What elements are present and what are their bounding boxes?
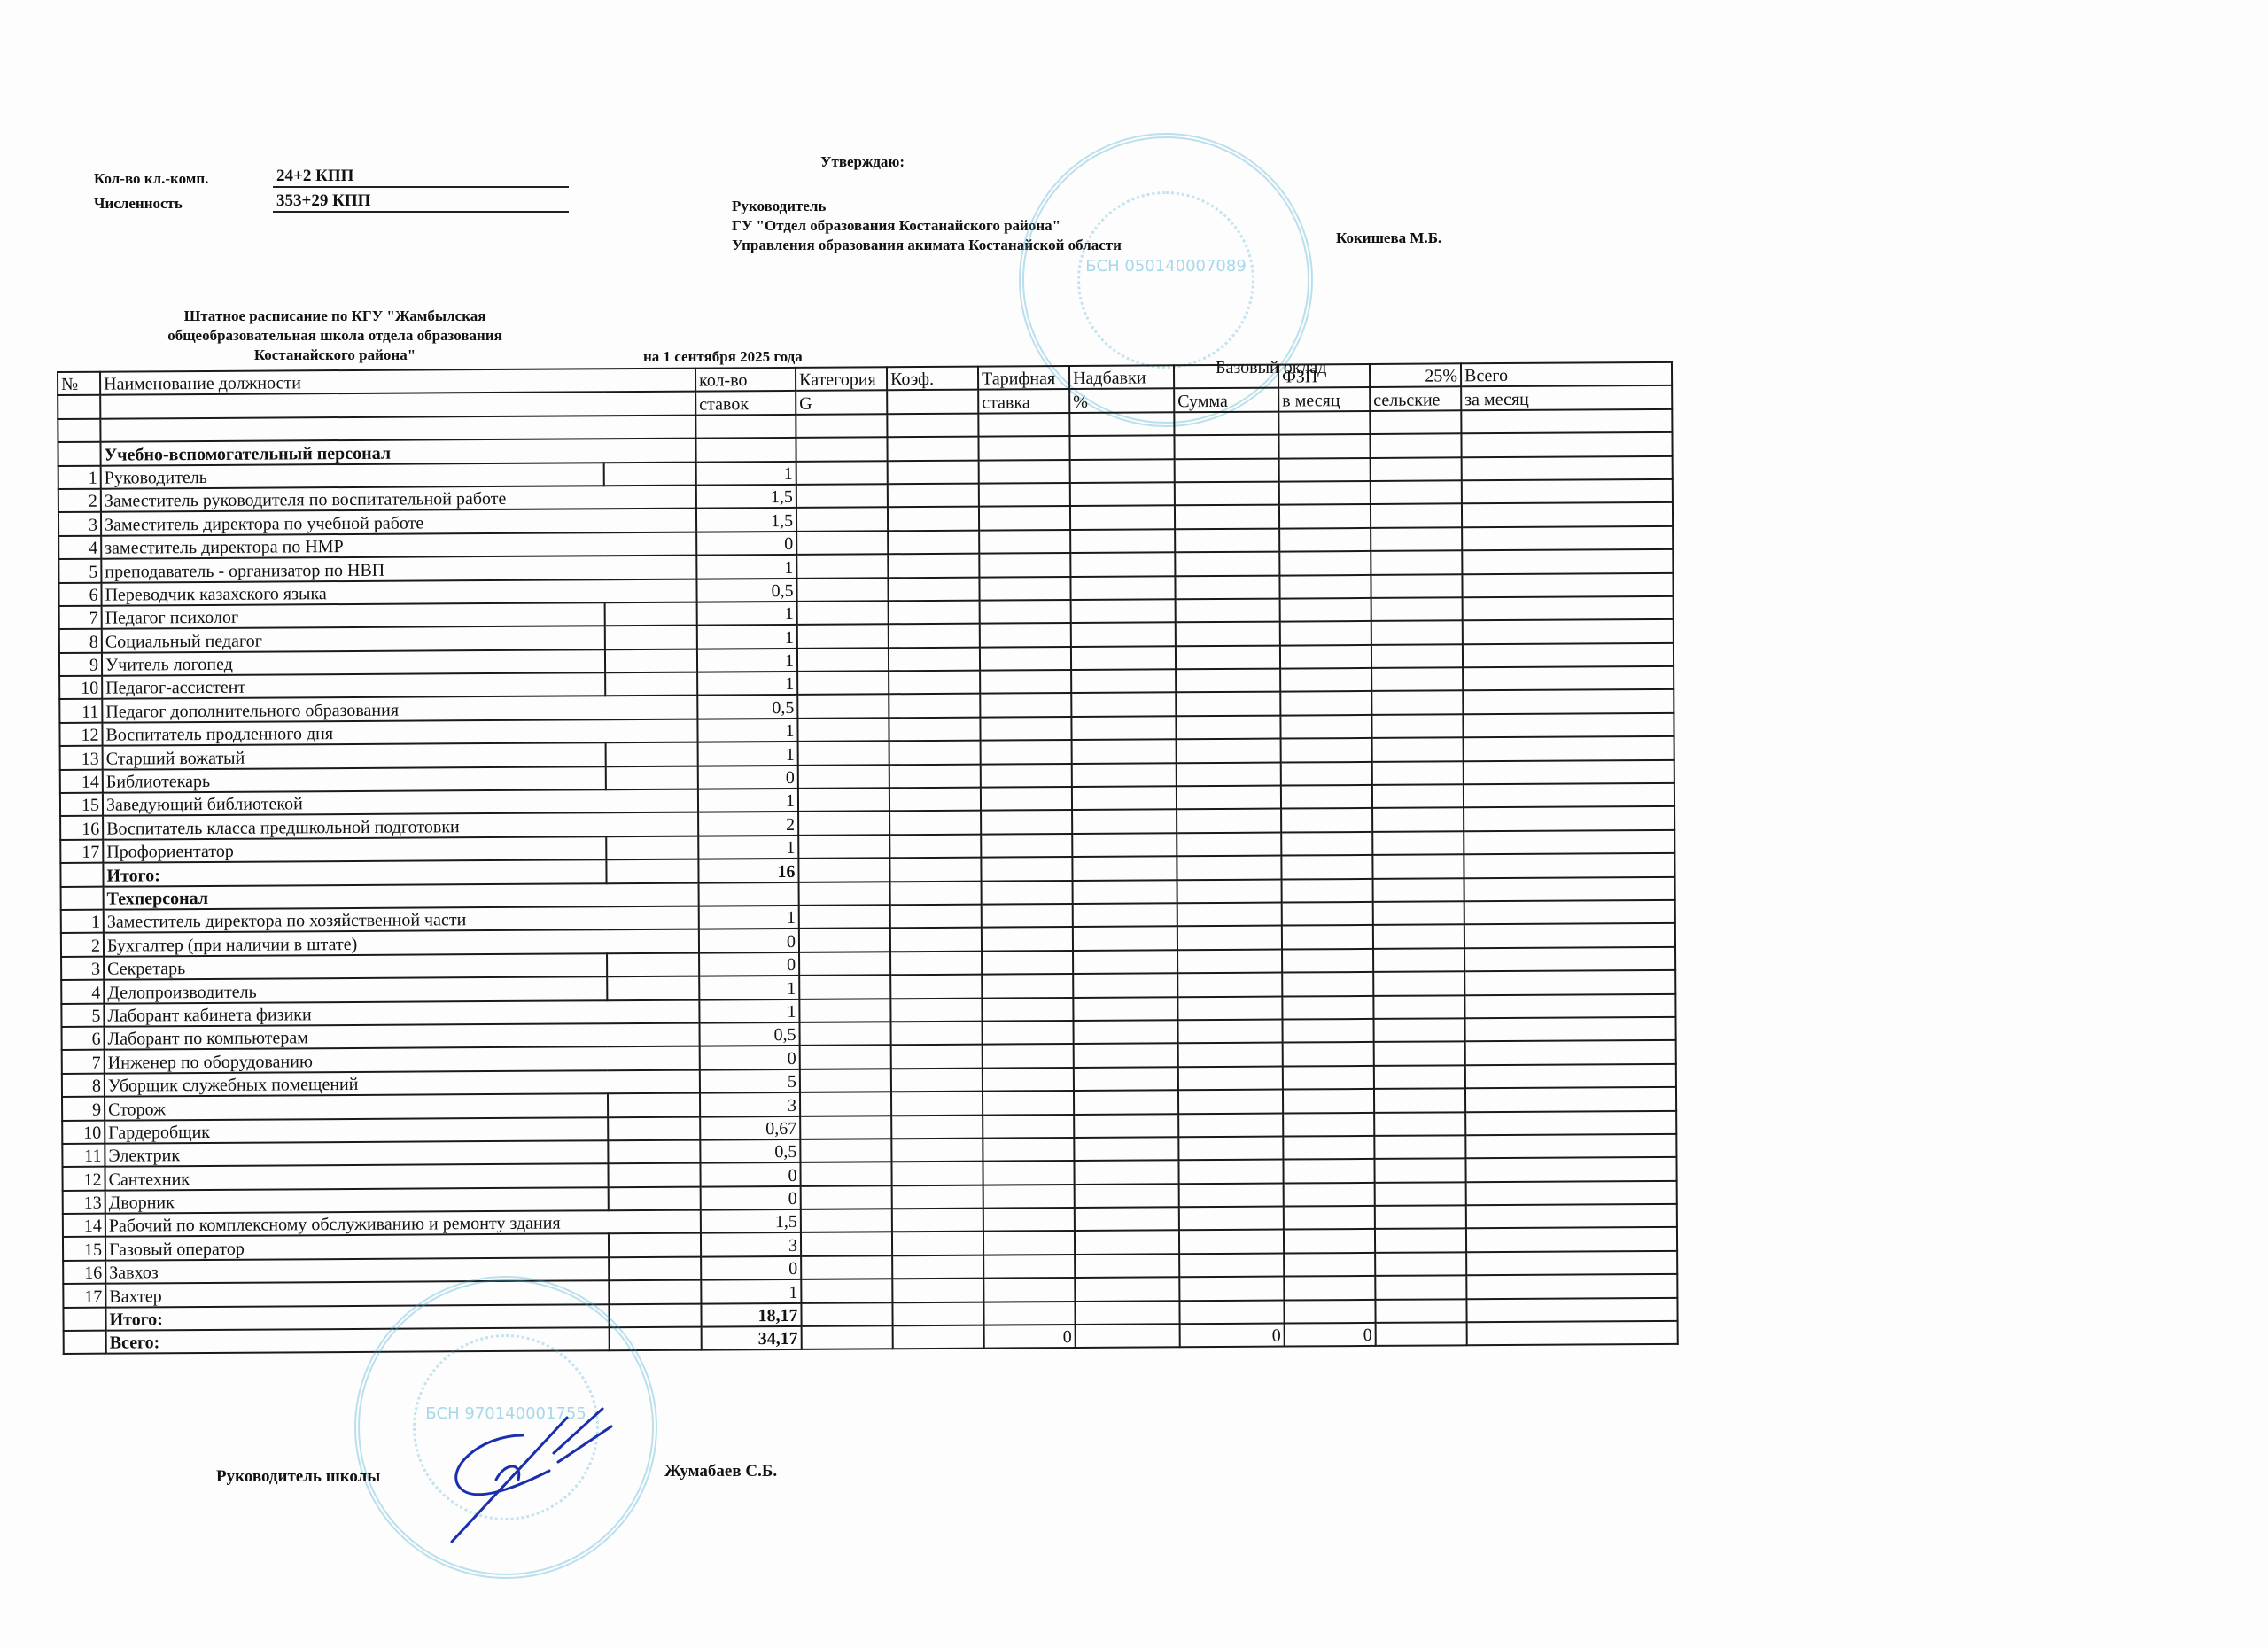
empty-cell	[1278, 411, 1370, 435]
cell-qty: 0,5	[696, 578, 796, 602]
cell-fzp	[1282, 925, 1373, 949]
cell-num: 3	[61, 956, 104, 980]
cell-name: Инженер по оборудованию	[105, 1046, 700, 1073]
cell-num: 9	[62, 1097, 105, 1121]
cell-tar	[983, 1138, 1074, 1162]
cell-tar	[980, 623, 1071, 647]
title-line3: Костанайского района"	[131, 346, 539, 365]
cell-sum	[1178, 1043, 1283, 1067]
empty-cell	[1370, 410, 1461, 434]
col-total-subheader: за месяц	[1461, 385, 1672, 410]
cell-all	[1464, 853, 1674, 878]
cell-nad	[1071, 669, 1176, 693]
footer-role: Руководитель школы	[216, 1467, 380, 1487]
cell-cat	[801, 1209, 892, 1232]
cell-cat	[797, 625, 889, 649]
cell-num: 3	[58, 512, 101, 536]
cell-fzp	[1279, 481, 1371, 505]
cell-rur	[1372, 784, 1464, 808]
cell-cat	[796, 578, 888, 602]
cell-rur	[1371, 574, 1462, 598]
cell-fzp	[1281, 832, 1372, 856]
cell-koef	[890, 975, 982, 999]
cell-e1	[606, 836, 698, 859]
col-qty-subheader: ставок	[695, 391, 796, 415]
cell-fzp	[1279, 504, 1371, 528]
stamp-text-top: БСН 050140007089	[1024, 257, 1308, 276]
cell-rur	[1376, 1322, 1467, 1346]
cell-nad	[1075, 1231, 1179, 1255]
cell-tar	[982, 904, 1073, 928]
cell-qty: 0	[698, 766, 798, 789]
cell-tar	[983, 1231, 1075, 1255]
cell-qty: 0	[701, 1186, 801, 1210]
cell-e1	[606, 766, 698, 789]
cell-name: Итого:	[103, 859, 606, 886]
cell-e1	[610, 1327, 702, 1351]
cell-tar	[983, 1185, 1075, 1209]
cell-rur	[1373, 901, 1464, 925]
cell-nad	[1072, 856, 1177, 880]
cell-cat	[799, 882, 890, 906]
cell-rur	[1374, 1159, 1465, 1183]
cell-tar	[979, 530, 1070, 554]
cell-name: Итого:	[105, 1304, 609, 1331]
cell-cat	[796, 554, 888, 578]
cell-koef	[888, 554, 979, 578]
cell-sum	[1179, 1230, 1284, 1254]
cell-rur	[1371, 714, 1463, 738]
cell-sum	[1175, 505, 1279, 529]
cell-num: 10	[62, 1120, 105, 1144]
cell-qty: 16	[698, 859, 798, 882]
cell-num	[61, 886, 104, 910]
classes-value: 24+2 КПП	[273, 167, 569, 188]
cell-name: Библиотекарь	[103, 766, 606, 793]
cell-num: 1	[61, 910, 104, 934]
cell-all	[1463, 643, 1674, 668]
cell-all	[1465, 1087, 1676, 1112]
cell-rur	[1374, 1112, 1465, 1136]
cell-tar	[982, 881, 1073, 905]
cell-name: Лаборант кабинета физики	[104, 999, 699, 1026]
col-total-header: Всего	[1461, 362, 1672, 387]
cell-sum	[1175, 528, 1279, 552]
cell-koef	[892, 1302, 983, 1325]
cell-koef	[889, 858, 981, 882]
cell-tar	[981, 857, 1072, 881]
cell-tar	[983, 1091, 1074, 1115]
cell-all	[1464, 783, 1674, 808]
cell-num: 7	[62, 1050, 105, 1074]
cell-tar	[983, 1208, 1075, 1232]
cell-rur	[1375, 1252, 1466, 1276]
cell-num: 5	[61, 1003, 104, 1027]
cell-num: 8	[59, 629, 102, 653]
cell-qty: 1	[697, 602, 797, 626]
cell-rur	[1371, 504, 1462, 528]
cell-qty: 34,17	[702, 1326, 802, 1350]
cell-sum	[1179, 1253, 1284, 1277]
cell-cat	[800, 1022, 891, 1046]
cell-name: Заведующий библиотекой	[103, 789, 698, 816]
cell-qty: 1,5	[701, 1209, 801, 1233]
cell-qty: 1	[697, 625, 797, 649]
cell-qty: 18,17	[701, 1303, 801, 1327]
cell-qty: 1	[699, 999, 799, 1022]
cell-tar	[983, 1161, 1074, 1185]
cell-cat	[798, 742, 889, 766]
cell-fzp	[1283, 1159, 1374, 1183]
cell-num: 6	[62, 1027, 105, 1051]
cell-sum	[1176, 645, 1280, 669]
cell-sum	[1177, 762, 1281, 786]
cell-nad	[1075, 1278, 1179, 1302]
cell-koef	[890, 881, 982, 905]
cell-tar	[979, 577, 1070, 601]
cell-all	[1466, 1251, 1677, 1276]
cell-cat	[799, 975, 890, 999]
cell-rur	[1371, 527, 1462, 551]
cell-nad	[1074, 1137, 1178, 1161]
cell-sum	[1178, 1090, 1283, 1114]
cell-all	[1464, 736, 1674, 761]
cell-koef	[889, 694, 980, 718]
cell-fzp	[1282, 902, 1373, 926]
cell-num: 9	[59, 652, 102, 676]
cell-cat	[801, 1232, 892, 1256]
cell-rur	[1373, 971, 1464, 995]
cell-cat	[800, 1092, 891, 1116]
cell-tar	[983, 1255, 1075, 1279]
cell-name: Техперсонал	[104, 882, 699, 909]
cell-cat	[796, 484, 888, 508]
cell-koef	[888, 577, 979, 601]
cell-all	[1464, 806, 1674, 831]
cell-sum	[1177, 809, 1281, 833]
cell-rur	[1372, 831, 1464, 855]
cell-nad	[1073, 1020, 1177, 1044]
cell-nad	[1073, 997, 1177, 1021]
empty-cell	[100, 415, 695, 441]
cell-koef	[891, 1045, 983, 1069]
cell-sum	[1177, 832, 1281, 856]
cell-all	[1465, 1064, 1676, 1089]
classes-label: Кол-во кл.-комп.	[94, 170, 208, 188]
cell-all	[1464, 923, 1675, 948]
cell-tar	[982, 974, 1073, 998]
cell-nad	[1070, 459, 1175, 483]
cell-e1	[608, 1116, 700, 1140]
cell-rur	[1371, 644, 1463, 668]
cell-num: 10	[59, 676, 102, 700]
cell-name: Сантехник	[105, 1163, 608, 1190]
cell-name: Делопроизводитель	[104, 976, 607, 1003]
col-qty-header: кол-во	[695, 368, 796, 392]
cell-all	[1464, 993, 1675, 1018]
cell-sum	[1178, 1136, 1283, 1160]
col-fzp-subheader: в месяц	[1278, 387, 1370, 411]
cell-tar	[981, 740, 1072, 764]
approval-title: Утверждаю:	[820, 152, 905, 172]
cell-cat	[798, 812, 889, 836]
cell-rur	[1372, 761, 1464, 785]
cell-tar: 0	[984, 1325, 1076, 1349]
cell-nad	[1070, 552, 1175, 576]
cell-name: Завхоз	[105, 1257, 609, 1284]
empty-cell	[796, 414, 887, 438]
cell-qty: 1	[698, 836, 798, 859]
cell-fzp	[1284, 1229, 1375, 1253]
cell-koef	[890, 998, 982, 1022]
cell-nad	[1074, 1067, 1178, 1091]
cell-sum	[1176, 598, 1280, 622]
cell-sum	[1175, 552, 1279, 576]
cell-e1	[609, 1280, 701, 1304]
cell-nad	[1074, 1090, 1178, 1114]
cell-nad	[1076, 1324, 1180, 1348]
cell-num: 12	[62, 1167, 105, 1191]
cell-koef	[889, 624, 980, 648]
cell-cat	[796, 531, 888, 555]
cell-koef	[889, 788, 981, 812]
cell-nad	[1072, 810, 1177, 834]
cell-sum	[1177, 903, 1282, 927]
cell-name: Заместитель руководителя по воспитательн…	[101, 486, 696, 512]
cell-sum	[1179, 1183, 1284, 1207]
cell-num: 13	[63, 1190, 105, 1214]
cell-num: 16	[63, 1261, 105, 1285]
cell-name: Педагог дополнительного образования	[102, 696, 697, 722]
cell-cat	[800, 1046, 891, 1069]
cell-fzp	[1280, 645, 1371, 669]
cell-cat	[799, 952, 890, 976]
cell-rur	[1374, 1065, 1465, 1089]
cell-all	[1462, 479, 1673, 504]
cell-koef	[888, 460, 979, 484]
cell-tar	[981, 764, 1072, 788]
cell-sum	[1178, 1160, 1283, 1184]
cell-fzp	[1282, 1019, 1373, 1043]
cell-e1	[605, 626, 697, 649]
cell-rur	[1371, 691, 1463, 715]
cell-all	[1463, 666, 1674, 691]
cell-qty: 1,5	[696, 508, 796, 532]
cell-tar	[983, 1302, 1075, 1325]
cell-rur	[1375, 1205, 1466, 1229]
footer-name: Жумабаев С.Б.	[664, 1462, 777, 1481]
cell-e1	[605, 602, 697, 626]
cell-nad	[1073, 903, 1177, 927]
cell-nad	[1070, 482, 1175, 506]
empty-cell	[58, 418, 100, 442]
cell-tar	[980, 600, 1071, 624]
cell-all	[1465, 1110, 1676, 1135]
cell-name: Уборщик служебных помещений	[105, 1069, 700, 1096]
cell-num: 4	[61, 980, 104, 1004]
cell-name: Педагог-ассистент	[102, 672, 605, 699]
cell-cat	[800, 1116, 891, 1139]
col-allowance-subheader: %	[1069, 389, 1174, 413]
empty-cell	[100, 392, 695, 418]
cell-fzp	[1284, 1276, 1375, 1300]
empty-cell	[887, 390, 978, 414]
approval-line3: Управления образования акимата Костанайс…	[732, 236, 1122, 255]
cell-fzp	[1283, 1066, 1374, 1090]
cell-all	[1463, 689, 1674, 714]
cell-e1	[604, 462, 696, 486]
cell-koef	[891, 1092, 983, 1116]
cell-koef	[888, 507, 979, 531]
cell-all	[1462, 502, 1673, 527]
cell-rur	[1375, 1299, 1466, 1323]
cell-name: Лаборант по компьютерам	[105, 1023, 700, 1050]
cell-sum	[1175, 482, 1279, 506]
cell-nad	[1072, 740, 1177, 764]
cell-fzp	[1283, 1136, 1374, 1160]
cell-all	[1466, 1297, 1677, 1322]
cell-all	[1464, 970, 1675, 995]
title-line2: общеобразовательная школа отдела образов…	[131, 326, 539, 346]
cell-num: 13	[60, 746, 103, 770]
cell-fzp	[1282, 995, 1373, 1019]
col-sum-header	[1174, 365, 1278, 389]
cell-tar	[979, 460, 1070, 484]
cell-name: Секретарь	[104, 953, 607, 980]
cell-cat	[800, 1139, 891, 1162]
cell-fzp	[1283, 1042, 1374, 1066]
cell-qty: 1	[696, 555, 796, 579]
cell-nad	[1072, 833, 1177, 857]
cell-cat	[802, 1325, 893, 1349]
cell-fzp: 0	[1285, 1323, 1376, 1347]
cell-e1	[607, 952, 699, 976]
cell-name: заместитель директора по НМР	[101, 532, 696, 558]
cell-rur	[1373, 995, 1464, 1019]
cell-cat	[800, 1069, 891, 1092]
cell-all	[1466, 1227, 1677, 1252]
cell-koef	[889, 601, 980, 625]
cell-name: Сторож	[105, 1093, 608, 1120]
cell-name: Переводчик казахского языка	[101, 579, 696, 605]
cell-tar	[981, 834, 1072, 858]
cell-num: 12	[59, 723, 102, 747]
cell-tar	[982, 927, 1073, 951]
cell-sum	[1179, 1277, 1284, 1301]
cell-all	[1463, 713, 1674, 738]
cell-fzp	[1284, 1206, 1375, 1230]
cell-tar	[981, 810, 1072, 834]
cell-num	[63, 1307, 105, 1331]
cell-sum	[1176, 692, 1280, 716]
cell-koef	[887, 437, 978, 461]
cell-nad	[1075, 1254, 1179, 1278]
cell-num: 14	[63, 1214, 105, 1238]
cell-fzp	[1281, 785, 1372, 809]
cell-sum	[1179, 1300, 1284, 1324]
cell-rur	[1371, 667, 1463, 691]
cell-fzp	[1280, 715, 1371, 739]
cell-e1	[608, 1139, 700, 1163]
cell-koef	[888, 530, 979, 554]
cell-nad	[1071, 716, 1176, 740]
cell-nad	[1071, 599, 1176, 623]
cell-fzp	[1282, 879, 1373, 903]
cell-num: 14	[60, 769, 103, 793]
cell-cat	[800, 1162, 891, 1186]
cell-cat	[797, 695, 889, 719]
cell-cat	[801, 1185, 892, 1209]
cell-num: 8	[62, 1073, 105, 1097]
cell-qty: 5	[700, 1069, 800, 1093]
empty-cell	[887, 413, 978, 437]
document-title: Штатное расписание по КГУ "Жамбылская об…	[131, 307, 539, 365]
cell-tar	[982, 951, 1073, 975]
cell-name: Воспитатель продленного дня	[102, 719, 697, 745]
cell-qty: 0	[700, 1162, 800, 1186]
cell-num: 6	[58, 582, 101, 606]
cell-koef	[888, 484, 979, 508]
col-name-header: Наименование должности	[100, 369, 695, 395]
cell-all	[1464, 759, 1674, 784]
cell-name: Электрик	[105, 1140, 608, 1167]
cell-nad	[1071, 646, 1176, 670]
cell-nad	[1073, 927, 1177, 951]
cell-e1	[605, 649, 697, 672]
cell-cat	[798, 835, 889, 859]
cell-rur	[1372, 808, 1464, 832]
cell-all	[1463, 596, 1674, 621]
empty-cell	[1461, 409, 1672, 434]
cell-all	[1462, 572, 1673, 597]
cell-qty: 0	[699, 929, 799, 952]
cell-all	[1465, 1040, 1676, 1065]
cell-rur	[1374, 1135, 1465, 1159]
cell-nad	[1070, 506, 1175, 530]
cell-all	[1464, 1017, 1675, 1042]
cell-num: 11	[62, 1144, 105, 1168]
cell-tar	[979, 553, 1070, 577]
cell-fzp	[1279, 574, 1371, 598]
cell-fzp	[1284, 1253, 1375, 1277]
cell-qty: 3	[701, 1232, 801, 1256]
col-fzp-header: ФЗП	[1278, 364, 1370, 388]
cell-sum	[1177, 996, 1282, 1020]
empty-cell	[978, 413, 1069, 437]
cell-e1	[609, 1186, 701, 1210]
cell-qty: 0	[696, 532, 796, 556]
cell-all	[1462, 549, 1673, 574]
cell-sum	[1177, 949, 1282, 973]
approval-line1: Руководитель	[732, 197, 826, 216]
cell-e1	[609, 1303, 701, 1327]
title-line1: Штатное расписание по КГУ "Жамбылская	[131, 307, 539, 326]
cell-qty	[695, 438, 796, 462]
cell-e1	[608, 1093, 700, 1117]
cell-cat	[801, 1255, 892, 1279]
cell-sum	[1174, 435, 1278, 459]
cell-name: Вахтер	[105, 1280, 609, 1307]
cell-fzp	[1281, 808, 1372, 832]
cell-koef	[890, 951, 982, 975]
cell-rur	[1373, 925, 1464, 949]
cell-tar	[980, 693, 1071, 717]
cell-rur	[1374, 1088, 1465, 1112]
cell-e1	[608, 1163, 700, 1187]
cell-koef	[892, 1255, 983, 1279]
cell-num: 5	[58, 559, 101, 583]
cell-koef	[889, 764, 981, 788]
